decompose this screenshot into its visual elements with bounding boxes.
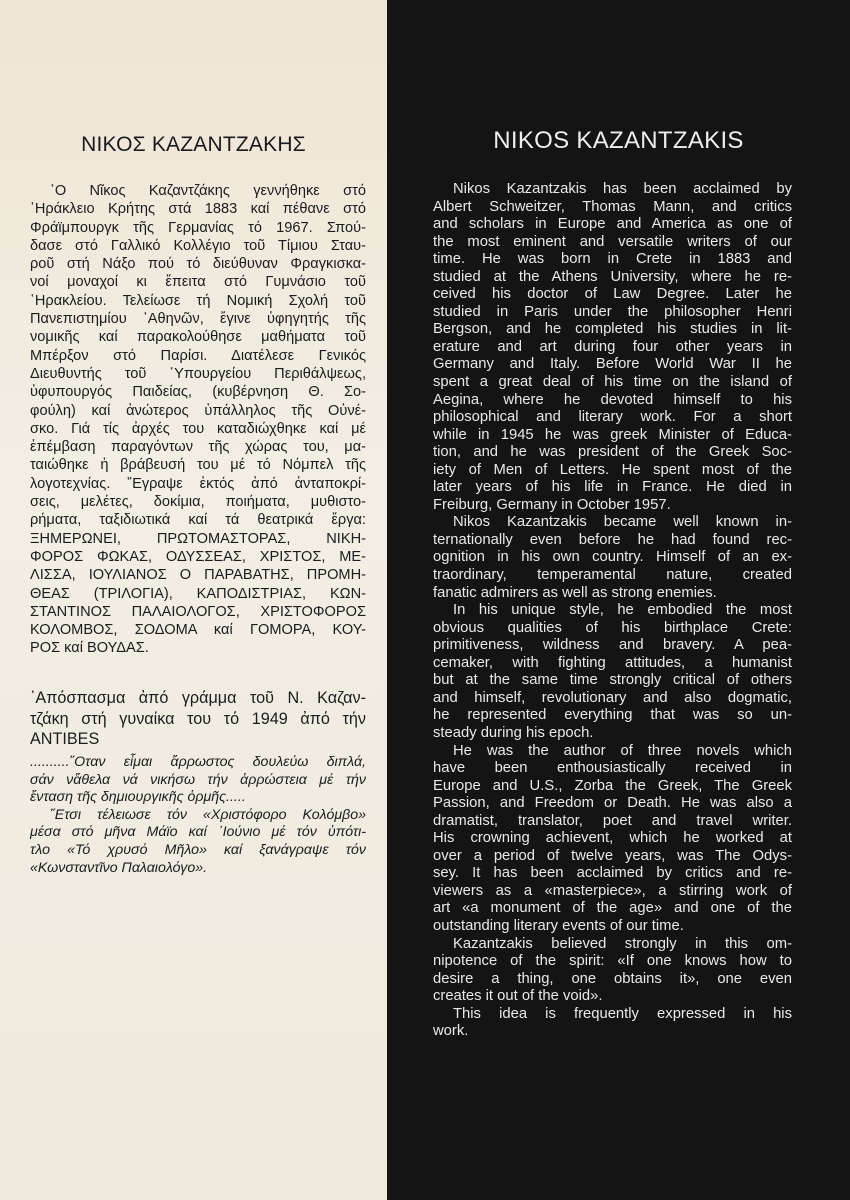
text-line: τλο «Τό χρυσό Μῆλο» καί ξανάγραψε τόν <box>30 842 366 860</box>
text-line: outstanding literary events of our time. <box>433 918 792 936</box>
text-line: ΡΟΣ καί ΒΟΥΔΑΣ. <box>30 639 366 657</box>
text-line: φούλη) καί ἀνώτερος ὑπάλληλος τῆς Οὐνέ- <box>30 402 366 420</box>
text-line: obvious qualities of his birthplace Cret… <box>433 620 792 638</box>
text-line: σάν νἄθελα νά νικήσω τήν ἀρρώστεια μέ τή… <box>30 772 366 790</box>
text-line: ΦΟΡΟΣ ΦΩΚΑΣ, ΟΔΥΣΣΕΑΣ, ΧΡΙΣΤΟΣ, ΜΕ- <box>30 548 366 566</box>
text-line: ΛΙΣΣΑ, ΙΟΥΛΙΑΝΟΣ Ο ΠΑΡΑΒΑΤΗΣ, ΠΡΟΜΗ- <box>30 566 366 584</box>
text-line: fanatic admirers as well as strong enemi… <box>433 585 792 603</box>
text-line: but at the same time strongly critical o… <box>433 672 792 690</box>
text-line: erature and art during four other years … <box>433 339 792 357</box>
text-line: ταιώθηκε ἡ βράβευσή του μέ τό Νόμπελ τῆς <box>30 456 366 474</box>
text-line: have been enthousiastically received in <box>433 760 792 778</box>
text-line: ..........῞Οταν εἶμαι ἄρρωστος δουλεύω δ… <box>30 754 366 772</box>
text-line: Μπέρξον στό Παρίσι. Διατέλεσε Γενικός <box>30 347 366 365</box>
text-line: desire a thing, one obtains it», one eve… <box>433 971 792 989</box>
text-line: His crowning achievent, which he worked … <box>433 830 792 848</box>
text-line: This idea is frequently expressed in his <box>433 1006 792 1024</box>
text-line: spent a great deal of his time on the is… <box>433 374 792 392</box>
text-line: σεις, μελέτες, δοκίμια, ποιήματα, μυθιστ… <box>30 493 366 511</box>
text-line: Kazantzakis believed strongly in this om… <box>433 936 792 954</box>
text-line: ρήματα, ταξιδιωτικά καί τά θεατρικά ἔργα… <box>30 511 366 529</box>
text-line: Φράϊμπουργκ τῆς Γερμανίας τό 1967. Σπού- <box>30 219 366 237</box>
english-title: NIKOS KAZANTZAKIS <box>387 127 850 155</box>
text-line: ANTIBES <box>30 729 366 750</box>
text-line: time. He was born in Crete in 1883 and <box>433 251 792 269</box>
text-line: ceived his doctor of Law Degree. Later h… <box>433 286 792 304</box>
text-line: while in 1945 he was greek Minister of E… <box>433 427 792 445</box>
greek-title: ΝΙΚΟΣ ΚΑΖΑΝΤΖΑΚΗΣ <box>0 133 387 157</box>
text-line: studied at the Athens University, where … <box>433 269 792 287</box>
text-line: ροῦ στή Νάξο πού τό διεύθυναν Φραγκισκα- <box>30 255 366 273</box>
text-line: τζάκη στή γυναίκα του τό 1949 ἀπό τήν <box>30 709 366 730</box>
text-line: ὑφυπουργός Παιδείας, (κυβέρνηση Θ. Σο- <box>30 383 366 401</box>
text-line: and scholars in Europe and America as on… <box>433 216 792 234</box>
text-line: λογοτεχνίας. ῎Εγραψε ἐκτός ἀπό ἀνταποκρί… <box>30 475 366 493</box>
text-line: philosophical and literary work. For a s… <box>433 409 792 427</box>
text-line: Europe and U.S., Zorba the Greek, The Gr… <box>433 778 792 796</box>
letter-excerpt: ..........῞Οταν εἶμαι ἄρρωστος δουλεύω δ… <box>30 754 366 877</box>
text-line: ΚΟΛΟΜΒΟΣ, ΣΟΔΟΜΑ καί ΓΟΜΟΡΑ, ΚΟΥ- <box>30 621 366 639</box>
text-line: ΘΕΑΣ (ΤΡΙΛΟΓΙΑ), ΚΑΠΟΔΙΣΤΡΙΑΣ, ΚΩΝ- <box>30 585 366 603</box>
text-line: viewers as a «masterpiece», a stirring w… <box>433 883 792 901</box>
text-line: ΣΤΑΝΤΙΝΟΣ ΠΑΛΑΙΟΛΟΓΟΣ, ΧΡΙΣΤΟΦΟΡΟΣ <box>30 603 366 621</box>
text-line: nipotence of the spirit: «If one knows h… <box>433 953 792 971</box>
text-line: studied in Paris under the philosopher H… <box>433 304 792 322</box>
text-line: In his unique style, he embodied the mos… <box>433 602 792 620</box>
text-line: ognition in his own country. Himself of … <box>433 549 792 567</box>
text-line: Albert Schweitzer, Thomas Mann, and crit… <box>433 199 792 217</box>
text-line: Nikos Kazantzakis has been acclaimed by <box>433 181 792 199</box>
text-line: ῾Ο Νῖκος Καζαντζάκης γεννήθηκε στό <box>30 182 366 200</box>
text-line: σκο. Γιά τίς ἀρχές του καταδιώχθηκε καί … <box>30 420 366 438</box>
text-line: creates it out of the void». <box>433 988 792 1006</box>
text-line: iety of Men of Letters. He spent most of… <box>433 462 792 480</box>
text-line: ternationally even before he had found r… <box>433 532 792 550</box>
text-line: Freiburg, Germany in October 1957. <box>433 497 792 515</box>
text-line: primitiveness, wildness and bravery. A p… <box>433 637 792 655</box>
text-line: Aegina, where he devoted himself to his <box>433 392 792 410</box>
text-line: ῾Ηρακλείου. Τελείωσε τή Νομική Σχολή τοῦ <box>30 292 366 310</box>
text-line: traordinary, temperamental nature, creat… <box>433 567 792 585</box>
text-line: Διευθυντής τοῦ ῾Υπουργείου Περιθάλψεως, <box>30 365 366 383</box>
text-line: ῞Ετσι τέλειωσε τόν «Χριστόφορο Κολόμβο» <box>30 807 366 825</box>
text-line: cemaker, with fighting attitudes, a huma… <box>433 655 792 673</box>
text-line: and himself, revolutionary and also dogm… <box>433 690 792 708</box>
text-line: Nikos Kazantzakis became well known in- <box>433 514 792 532</box>
text-line: Bergson, and he completed his studies in… <box>433 321 792 339</box>
text-line: he represented everything that was so un… <box>433 707 792 725</box>
text-line: work. <box>433 1023 792 1041</box>
text-line: sey. It has been acclaimed by critics an… <box>433 865 792 883</box>
text-line: dramatist, translator, poet and travel w… <box>433 813 792 831</box>
text-line: νοί μοναχοί κι ἔπειτα στό Γυμνάσιο τοῦ <box>30 273 366 291</box>
text-line: ΞΗΜΕΡΩΝΕΙ, ΠΡΩΤΟΜΑΣΤΟΡΑΣ, ΝΙΚΗ- <box>30 530 366 548</box>
text-line: Germany and Italy. Before World War II h… <box>433 356 792 374</box>
text-line: steady during his epoch. <box>433 725 792 743</box>
excerpt-heading: ᾿Απόσπασμα ἀπό γράμμα τοῦ Ν. Καζαν-τζάκη… <box>30 688 366 750</box>
text-line: ἔνταση τῆς δημιουργικῆς ὁρμῆς..... <box>30 789 366 807</box>
text-line: He was the author of three novels which <box>433 743 792 761</box>
text-line: δασε στό Γαλλικό Κολλέγιο τοῦ Τίμιου Στα… <box>30 237 366 255</box>
text-line: ἐπέμβαση παραγόντων τῆς χώρας του, μα- <box>30 438 366 456</box>
text-line: ᾿Απόσπασμα ἀπό γράμμα τοῦ Ν. Καζαν- <box>30 688 366 709</box>
text-line: the most eminent and versatile writers o… <box>433 234 792 252</box>
text-line: Passion, and Freedom or Death. He was al… <box>433 795 792 813</box>
text-line: over a period of twelve years, was The O… <box>433 848 792 866</box>
text-line: ῾Ηράκλειο Κρήτης στά 1883 καί πέθανε στό <box>30 200 366 218</box>
text-line: tion, and he was president of the Greek … <box>433 444 792 462</box>
text-line: μέσα στό μῆνα Μάϊο καί ᾿Ιούνιο μέ τόν ὑπ… <box>30 824 366 842</box>
text-line: νομικῆς καί παρακολούθησε μαθήματα τοῦ <box>30 328 366 346</box>
text-line: later years of his life in France. He di… <box>433 479 792 497</box>
text-line: Πανεπιστημίου ᾿Αθηνῶν, ἔγινε ὑφηγητής τῆ… <box>30 310 366 328</box>
greek-biography: ῾Ο Νῖκος Καζαντζάκης γεννήθηκε στό῾Ηράκλ… <box>30 182 366 658</box>
text-line: art «a monument of the age» and one of t… <box>433 900 792 918</box>
english-biography: Nikos Kazantzakis has been acclaimed byA… <box>433 181 792 1041</box>
text-line: «Κωνσταντῖνο Παλαιολόγο». <box>30 860 366 878</box>
